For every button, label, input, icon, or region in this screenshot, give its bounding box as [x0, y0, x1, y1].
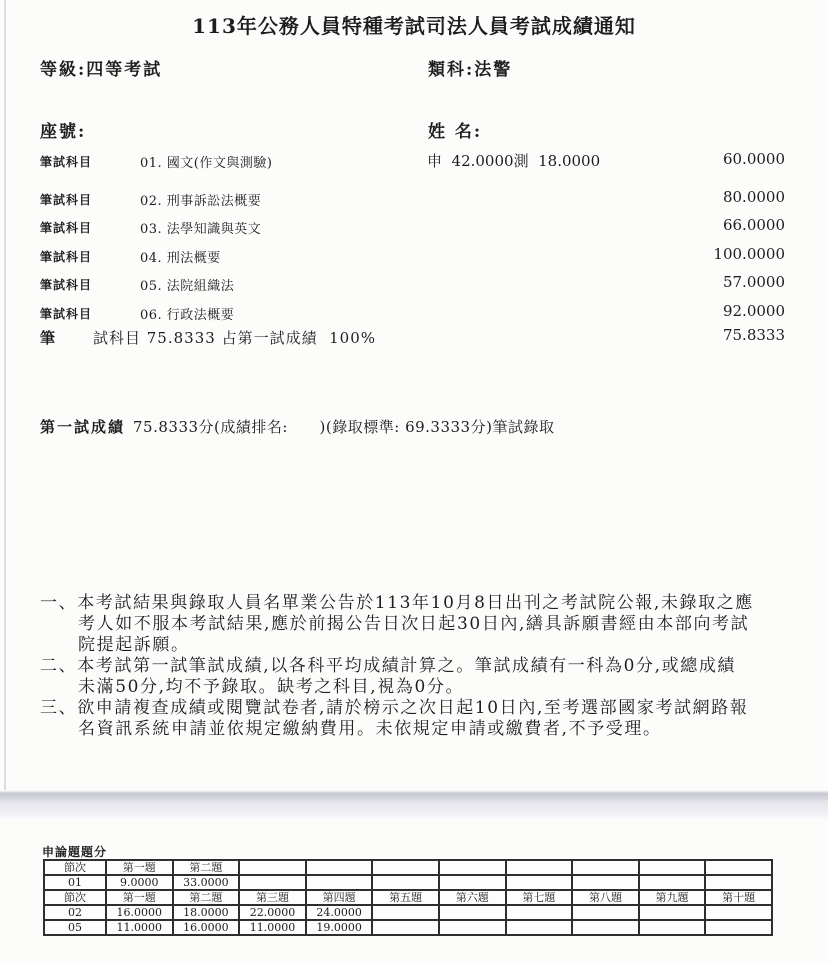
essay-row: 0511.000016.000011.000019.0000	[44, 920, 772, 935]
essay-cell	[439, 905, 506, 920]
essay-cell	[639, 905, 706, 920]
subject-row: 筆試科目06. 行政法概要92.0000	[0, 302, 828, 322]
subject-name: 05. 法院組織法	[140, 275, 234, 294]
note-line: 未滿50分,均不予錄取。缺考之科目,視為0分。	[40, 677, 788, 698]
essay-cell: 第二題	[173, 890, 240, 905]
essay-cell: 18.0000	[173, 905, 240, 920]
essay-cell	[372, 905, 439, 920]
essay-cell	[372, 920, 439, 935]
essay-cell	[639, 875, 706, 890]
essay-table-body: 節次第一題第二題019.000033.0000節次第一題第二題第三題第四題第五題…	[44, 860, 772, 935]
essay-row: 019.000033.0000	[44, 875, 772, 890]
essay-row: 節次第一題第二題第三題第四題第五題第六題第七題第八題第九題第十題	[44, 890, 772, 905]
essay-cell	[372, 875, 439, 890]
subject-type-label: 筆試科目	[40, 276, 92, 293]
subject-row: 筆試科目02. 刑事訴訟法概要80.0000	[0, 188, 828, 208]
essay-cell	[639, 920, 706, 935]
subject-type-label: 筆試科目	[40, 305, 92, 322]
essay-cell: 節次	[44, 860, 106, 875]
essay-cell: 9.0000	[106, 875, 173, 890]
subject-name: 02. 刑事訴訟法概要	[140, 190, 261, 209]
subject-score: 100.0000	[713, 245, 785, 263]
essay-cell: 11.0000	[239, 920, 306, 935]
essay-cell: 第一題	[106, 890, 173, 905]
essay-cell: 16.0000	[106, 905, 173, 920]
essay-cell	[506, 920, 573, 935]
essay-cell: 22.0000	[239, 905, 306, 920]
essay-cell: 第六題	[439, 890, 506, 905]
essay-cell: 11.0000	[106, 920, 173, 935]
subject-name: 06. 行政法概要	[140, 304, 234, 323]
subject-row: 筆試科目04. 刑法概要100.0000	[0, 245, 828, 265]
essay-cell	[439, 920, 506, 935]
essay-cell	[239, 860, 306, 875]
subject-row: 筆試科目05. 法院組織法57.0000	[0, 273, 828, 293]
note-line: 一、本考試結果與錄取人員名單業公告於113年10月8日出刊之考試院公報,未錄取之…	[40, 593, 788, 614]
subject-row: 筆試科目01. 國文(作文與測驗)申 42.0000測 18.000060.00…	[0, 150, 828, 170]
essay-cell: 19.0000	[306, 920, 373, 935]
written-total-prefix: 筆	[40, 327, 55, 348]
essay-cell: 16.0000	[173, 920, 240, 935]
score-notice-document: 113年公務人員特種考試司法人員考試成績通知 等級:四等考試 類科:法警 座號:…	[0, 0, 828, 963]
essay-row: 節次第一題第二題	[44, 860, 772, 875]
essay-cell	[439, 860, 506, 875]
essay-cell	[705, 875, 772, 890]
subject-score: 60.0000	[723, 150, 785, 168]
written-total-row: 筆 試科目 75.8333 占第一試成績 100% 75.8333	[0, 326, 828, 346]
essay-cell: 第七題	[506, 890, 573, 905]
subject-subscores: 申 42.0000測 18.0000	[427, 150, 600, 171]
subject-name: 03. 法學知識與英文	[140, 218, 261, 237]
essay-cell	[572, 905, 639, 920]
essay-cell: 02	[44, 905, 106, 920]
essay-cell: 第四題	[306, 890, 373, 905]
essay-cell	[639, 860, 706, 875]
note-line: 名資訊系統申請並依規定繳納費用。未依規定申請或繳費者,不予受理。	[40, 719, 788, 740]
subject-type-label: 筆試科目	[40, 248, 92, 265]
note-line: 三、欲申請複查成績或閱覽試卷者,請於榜示之次日起10日內,至考選部國家考試網路報	[40, 698, 788, 719]
essay-cell: 05	[44, 920, 106, 935]
essay-cell	[572, 875, 639, 890]
essay-row: 0216.000018.000022.000024.0000	[44, 905, 772, 920]
essay-cell	[372, 860, 439, 875]
essay-cell: 第三題	[239, 890, 306, 905]
first-stage-result-row: 第一試成績 75.8333分(成績排名: )(錄取標準: 69.3333分)筆試…	[0, 415, 828, 437]
essay-cell	[239, 875, 306, 890]
essay-cell	[705, 860, 772, 875]
subject-score: 66.0000	[723, 216, 785, 234]
essay-cell: 第五題	[372, 890, 439, 905]
essay-cell: 節次	[44, 890, 106, 905]
subject-type-label: 筆試科目	[40, 191, 92, 208]
essay-cell	[439, 875, 506, 890]
subject-type-label: 筆試科目	[40, 219, 92, 236]
essay-cell: 01	[44, 875, 106, 890]
page-separator-band	[0, 790, 828, 820]
written-total-score: 75.8333	[723, 326, 785, 344]
essay-cell: 33.0000	[173, 875, 240, 890]
essay-cell	[705, 905, 772, 920]
subject-row: 筆試科目03. 法學知識與英文66.0000	[0, 216, 828, 236]
essay-cell	[705, 920, 772, 935]
essay-cell	[572, 920, 639, 935]
first-stage-text: 75.8333分(成績排名: )(錄取標準: 69.3333分)筆試錄取	[133, 416, 554, 437]
essay-table-caption: 申論題題分	[42, 843, 107, 860]
subject-name: 04. 刑法概要	[140, 247, 221, 266]
first-stage-label: 第一試成績	[40, 416, 125, 437]
essay-cell	[506, 875, 573, 890]
essay-cell	[506, 860, 573, 875]
essay-cell	[506, 905, 573, 920]
essay-cell	[306, 875, 373, 890]
note-line: 院提起訴願。	[40, 635, 788, 656]
written-total-text: 試科目 75.8333 占第一試成績 100%	[93, 327, 376, 348]
subject-name: 01. 國文(作文與測驗)	[140, 152, 272, 171]
essay-cell: 24.0000	[306, 905, 373, 920]
essay-cell	[572, 860, 639, 875]
subject-type-label: 筆試科目	[40, 153, 92, 170]
note-line: 二、本考試第一試筆試成績,以各科平均成績計算之。筆試成績有一科為0分,或總成績	[40, 656, 788, 677]
note-line: 考人如不服本考試結果,應於前揭公告日次日起30日內,繕具訴願書經由本部向考試	[40, 614, 788, 635]
subject-score: 92.0000	[723, 302, 785, 320]
essay-score-table: 節次第一題第二題019.000033.0000節次第一題第二題第三題第四題第五題…	[43, 859, 773, 936]
essay-cell: 第八題	[572, 890, 639, 905]
essay-cell: 第十題	[705, 890, 772, 905]
subject-score: 57.0000	[723, 273, 785, 291]
essay-cell: 第九題	[639, 890, 706, 905]
essay-cell: 第一題	[106, 860, 173, 875]
essay-cell	[306, 860, 373, 875]
subject-score: 80.0000	[723, 188, 785, 206]
essay-cell: 第二題	[173, 860, 240, 875]
notes-section: 一、本考試結果與錄取人員名單業公告於113年10月8日出刊之考試院公報,未錄取之…	[40, 593, 788, 740]
